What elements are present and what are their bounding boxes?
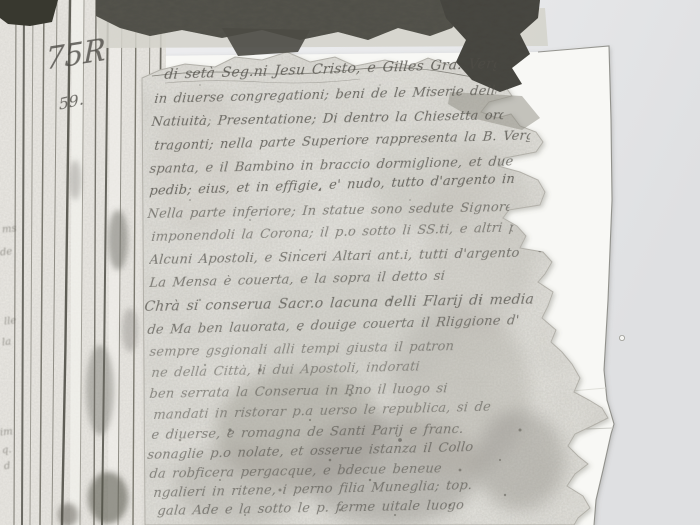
handwritten-line: tragonti; nella parte Superiore rapprese… (154, 130, 531, 155)
handwritten-line: ben serrata la Conserua in Rno il luogo … (149, 380, 566, 402)
handwritten-line: in diuerse congregationi; beni de le Mis… (154, 85, 497, 107)
handwritten-line: ne della Città, li dui Apostoli, indorat… (151, 357, 552, 381)
handwriting-layer: 75R 59. di setà Seg.ni Jesu Cristo, e Gi… (0, 0, 700, 525)
margin-fragment: ms (1, 223, 17, 235)
handwritten-line: de Ma ben lauorata, e douige couerta il … (147, 314, 544, 338)
margin-fragment: lle (3, 315, 16, 327)
margin-fragment: d (3, 461, 11, 473)
margin-fragment: im (0, 426, 13, 438)
handwritten-line: pedib; eius, et in effigie, e' nudo, tut… (149, 172, 536, 199)
handwritten-line: sonaglie p.o nolate, et osserue istanza … (147, 439, 564, 463)
folio-mark: 75R (45, 32, 106, 77)
handwritten-line: Nella parte inferiore; In statue sono se… (147, 201, 510, 222)
folio-number: 59. (58, 89, 84, 114)
manuscript-photo: 75R 59. di setà Seg.ni Jesu Cristo, e Gi… (0, 0, 700, 525)
margin-fragment: de (0, 246, 13, 258)
margin-fragment: q. (1, 445, 12, 457)
handwritten-line: sempre gsgionali alli tempi giusta il pa… (149, 338, 546, 360)
handwritten-line: mandati in ristorar p.a uerso le republi… (153, 398, 584, 423)
handwritten-line: imponendoli la Corona; il p.o sotto li S… (151, 222, 514, 246)
handwritten-line: La Mensa è couerta, e la sopra il detto … (149, 268, 532, 291)
handwritten-line: Natiuità, Presentatione; Di dentro la Ch… (151, 109, 504, 130)
handwritten-line: di setà Seg.ni Jesu Cristo, e Gilles Gra… (164, 57, 497, 82)
handwritten-line: gala Ade e la sotto le p. ferme uitale l… (157, 497, 568, 519)
handwritten-line: Chrà si conserua Sacr.o lacuna delli Fla… (144, 292, 541, 314)
handwritten-line: Alcuni Apostoli, e Sinceri Altari ant.i,… (149, 247, 536, 268)
margin-fragment: la (1, 337, 11, 349)
